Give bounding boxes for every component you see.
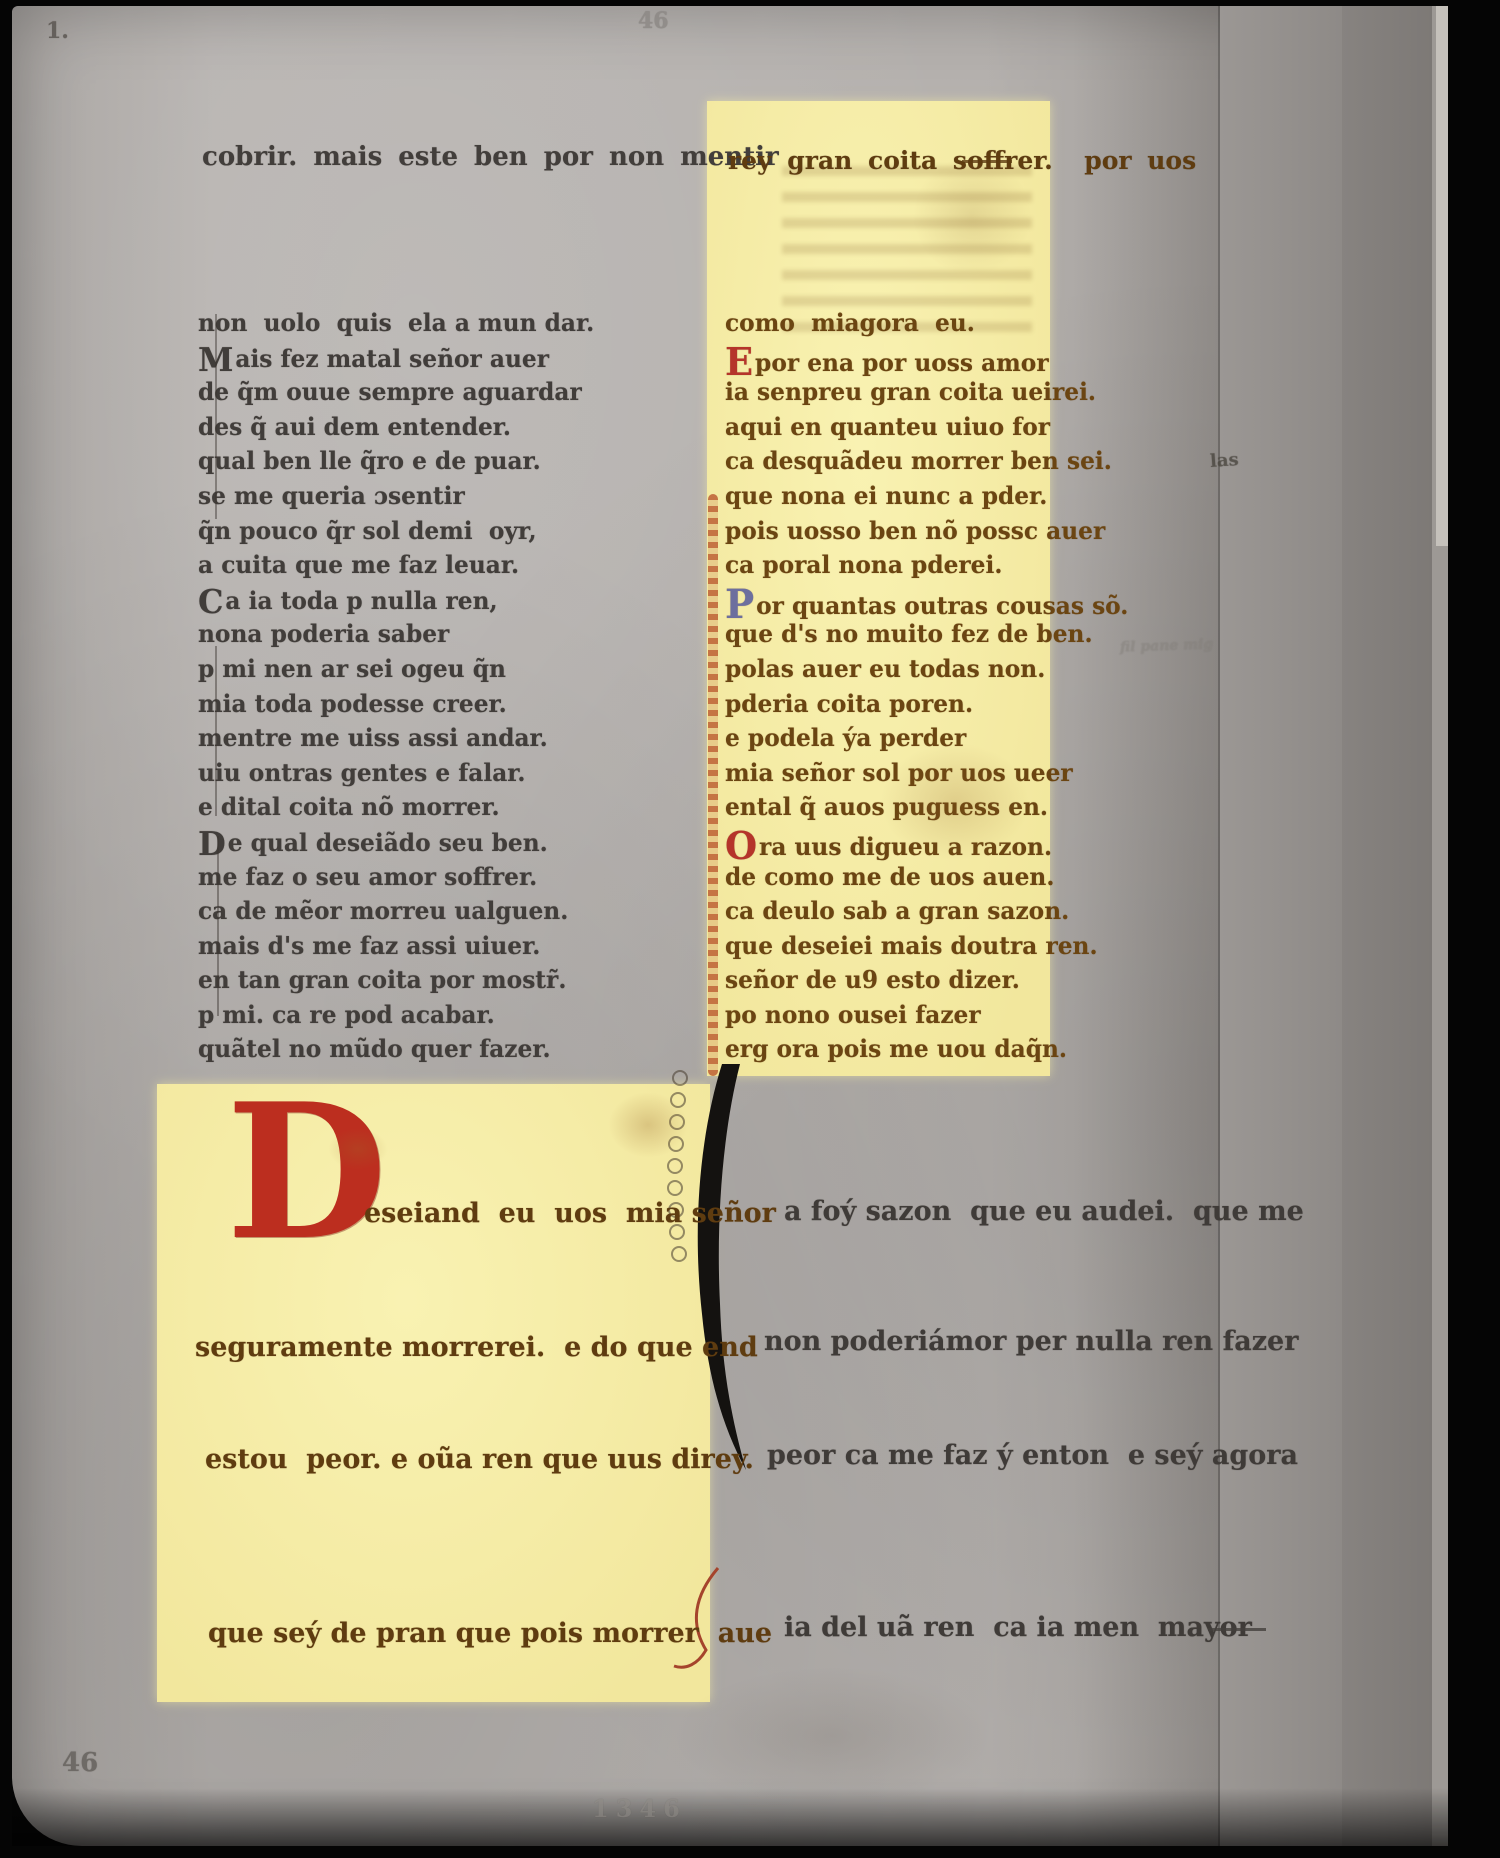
verse-line: como miagora eu.: [725, 308, 1128, 343]
page-fold-line: [1218, 6, 1220, 1846]
parchment-stain: [672, 1666, 992, 1806]
verse-text: nona poderia saber: [198, 619, 449, 648]
verse-line: de como me de uos auen.: [725, 862, 1128, 897]
verse-line: se me queria ɔsentir: [198, 481, 594, 516]
page-edge-band: [1220, 6, 1342, 1846]
verse-text: ca de mẽor morreu ualguen.: [198, 896, 568, 925]
verse-text: de como me de uos auen.: [725, 862, 1054, 891]
verse-line: estou peor. e oũa ren que uus direy.: [205, 1444, 754, 1475]
verse-text: or quantas outras cousas sõ.: [756, 591, 1128, 620]
verse-text: mais d's me faz assi uiuer.: [198, 931, 540, 960]
verse-line: De qual deseiãdo seu ben.: [198, 827, 594, 862]
page-edge-band: [1342, 6, 1432, 1846]
verse-line: ental q̃ auos puguess en.: [725, 792, 1128, 827]
versal-initial: M: [198, 340, 233, 379]
verse-line: eseiand eu uos mia señor: [364, 1198, 776, 1229]
verse-line: ca de mẽor morreu ualguen.: [198, 896, 594, 931]
verse-line: de q̃m ouue sempre aguardar: [198, 377, 594, 412]
verse-line: des q̃ aui dem entender.: [198, 412, 594, 447]
verse-line: p mi nen ar sei ogeu q̃n: [198, 654, 594, 689]
verse-text: ca desquãdeu morrer ben sei.: [725, 446, 1112, 475]
verse-line: Por quantas outras cousas sõ.: [725, 585, 1128, 620]
corner-mark: 1.: [46, 18, 69, 44]
verse-text: mentre me uiss assi andar.: [198, 723, 548, 752]
verse-text: de q̃m ouue sempre aguardar: [198, 377, 582, 406]
verse-text: que d's no muito fez de ben.: [725, 619, 1093, 648]
verse-text: en tan gran coita por mostr̃.: [198, 965, 566, 994]
folio-number-bottom-left: 46: [62, 1748, 98, 1778]
verse-line: que deseiei mais doutra ren.: [725, 931, 1128, 966]
verse-text: uiu ontras gentes e falar.: [198, 758, 526, 787]
verse-line: non poderiámor per nulla ren fazer: [764, 1326, 1298, 1357]
manuscript-page: 46 1. cobrir. mais este ben por non ment…: [12, 6, 1448, 1846]
verse-text: que nona ei nunc a pder.: [725, 481, 1047, 510]
verse-text: a ia toda p nulla ren,: [225, 586, 497, 615]
verse-line: q̃n pouco q̃r sol demi oyr,: [198, 516, 594, 551]
verse-line: que d's no muito fez de ben.: [725, 619, 1128, 654]
verse-line: ia senpreu gran coita ueirei.: [725, 377, 1128, 412]
verse-line: que seý de pran que pois morrer aue: [208, 1618, 772, 1649]
versal-initial: D: [198, 824, 226, 863]
page-bottom-shadow: [12, 1788, 1448, 1846]
page-edge-highlight: [1436, 6, 1448, 546]
verse-line: po nono ousei fazer: [725, 1000, 1128, 1035]
verse-text: que deseiei mais doutra ren.: [725, 931, 1098, 960]
verse-line: señor de u9 esto dizer.: [725, 965, 1128, 1000]
verse-text: e dital coita nõ morrer.: [198, 792, 500, 821]
verse-line: ca desquãdeu morrer ben sei.: [725, 446, 1128, 481]
versal-initial: C: [198, 582, 223, 621]
verse-text: señor de u9 esto dizer.: [725, 965, 1020, 994]
verse-line: mia toda podesse creer.: [198, 689, 594, 724]
verse-text: non uolo quis ela a mun dar.: [198, 308, 594, 337]
verse-line: que nona ei nunc a pder.: [725, 481, 1128, 516]
verse-line: e dital coita nõ morrer.: [198, 792, 594, 827]
verse-line: en tan gran coita por mostr̃.: [198, 965, 594, 1000]
page-edge-band: [1432, 6, 1448, 1846]
verse-line: peor ca me faz ý enton e seý agora: [767, 1440, 1298, 1471]
verse-text: po nono ousei fazer: [725, 1000, 981, 1029]
verse-text: ais fez matal señor auer: [235, 344, 549, 373]
verse-text: aqui en quanteu uiuo for: [725, 412, 1050, 441]
photo-frame: 46 1. cobrir. mais este ben por non ment…: [0, 0, 1500, 1858]
verse-text: des q̃ aui dem entender.: [198, 412, 511, 441]
verse-text: ental q̃ auos puguess en.: [725, 792, 1048, 821]
verse-line: Epor ena por uoss amor: [725, 343, 1128, 378]
verse-line: Ora uus digueu a razon.: [725, 827, 1128, 862]
verse-text: qual ben lle q̃ro e de puar.: [198, 446, 541, 475]
verse-line: aqui en quanteu uiuo for: [725, 412, 1128, 447]
verse-text: por ena por uoss amor: [755, 348, 1049, 377]
verse-line: a foý sazon que eu audei. que me: [784, 1196, 1304, 1227]
verse-text: mia toda podesse creer.: [198, 689, 507, 718]
verse-line: mia señor sol por uos ueer: [725, 758, 1128, 793]
verse-line: erg ora pois me uou daq̃n.: [725, 1034, 1128, 1069]
verse-text: se me queria ɔsentir: [198, 481, 465, 510]
header-verse-left: cobrir. mais este ben por non mentir: [202, 142, 779, 172]
verse-text: como miagora eu.: [725, 308, 975, 337]
verse-text: a cuita que me faz leuar.: [198, 550, 519, 579]
verse-line: ia del uã ren ca ia men mayor: [784, 1612, 1252, 1643]
verse-text: p mi. ca re pod acabar.: [198, 1000, 495, 1029]
margin-note: las: [1209, 449, 1239, 472]
verse-line: mais d's me faz assi uiuer.: [198, 931, 594, 966]
verse-line: me faz o seu amor soffrer.: [198, 862, 594, 897]
verse-line: uiu ontras gentes e falar.: [198, 758, 594, 793]
verse-line: polas auer eu todas non.: [725, 654, 1128, 689]
verse-line: p mi. ca re pod acabar.: [198, 1000, 594, 1035]
folio-number-bottom-center: 1346: [592, 1794, 687, 1823]
margin-scribble: fil pane mig: [1120, 636, 1214, 655]
verse-line: non uolo quis ela a mun dar.: [198, 308, 594, 343]
verse-line: ca poral nona pderei.: [725, 550, 1128, 585]
verse-text: e qual deseiãdo seu ben.: [228, 828, 548, 857]
verse-line: nona poderia saber: [198, 619, 594, 654]
verse-line: pois uosso ben nõ possc auer: [725, 516, 1128, 551]
verse-text: e podela ýa perder: [725, 723, 966, 752]
verse-line: seguramente morrerei. e do que end: [195, 1332, 758, 1363]
verse-text: ca deulo sab a gran sazon.: [725, 896, 1069, 925]
right-text-column: como miagora eu.Epor ena por uoss amoria…: [725, 308, 1128, 1069]
verse-line: qual ben lle q̃ro e de puar.: [198, 446, 594, 481]
verse-text: erg ora pois me uou daq̃n.: [725, 1034, 1067, 1063]
header-verse-right: rey gran coita soffrer. por uos: [728, 146, 1196, 175]
verse-text: pois uosso ben nõ possc auer: [725, 516, 1105, 545]
verse-line: Ca ia toda p nulla ren,: [198, 585, 594, 620]
verse-line: ca deulo sab a gran sazon.: [725, 896, 1128, 931]
verse-line: pderia coita poren.: [725, 689, 1128, 724]
verse-text: pderia coita poren.: [725, 689, 973, 718]
verse-text: quãtel no mũdo quer fazer.: [198, 1034, 551, 1063]
verse-text: p mi nen ar sei ogeu q̃n: [198, 654, 506, 683]
verse-text: ra uus digueu a razon.: [759, 832, 1052, 861]
verse-line: e podela ýa perder: [725, 723, 1128, 758]
verse-text: me faz o seu amor soffrer.: [198, 862, 537, 891]
verse-line: a cuita que me faz leuar.: [198, 550, 594, 585]
folio-number-top: 46: [638, 8, 669, 34]
verse-text: mia señor sol por uos ueer: [725, 758, 1073, 787]
left-text-column: non uolo quis ela a mun dar.Mais fez mat…: [198, 308, 594, 1069]
verse-text: ca poral nona pderei.: [725, 550, 1002, 579]
verse-text: polas auer eu todas non.: [725, 654, 1045, 683]
verse-line: Mais fez matal señor auer: [198, 343, 594, 378]
verse-text: q̃n pouco q̃r sol demi oyr,: [198, 516, 537, 545]
verse-line: mentre me uiss assi andar.: [198, 723, 594, 758]
verse-text: ia senpreu gran coita ueirei.: [725, 377, 1096, 406]
